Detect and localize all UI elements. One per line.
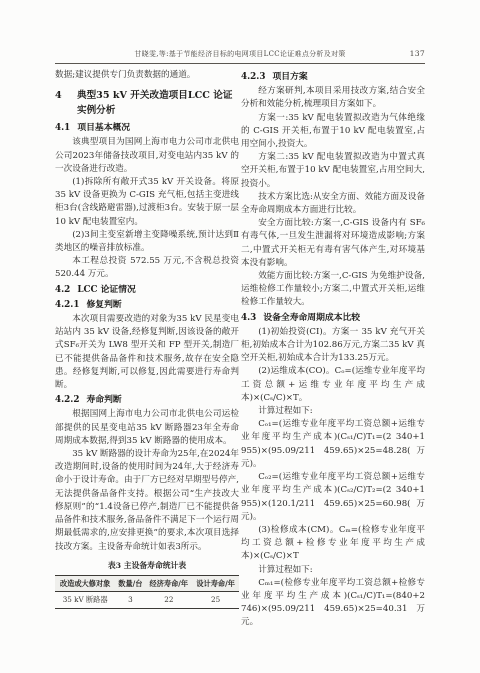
paragraph: 计算过程如下: — [241, 405, 425, 418]
table-header-cell: 设计寿命/年 — [192, 575, 239, 591]
paragraph-formula: Cₒ₁=(运维专业年度平均工资总额+运维专业年度平均生产成本)(Cₛ₁/C)T₁… — [241, 418, 425, 471]
table-header-cell: 经济寿命/年 — [145, 575, 192, 591]
table-cell: 35 kV 断路器 — [55, 591, 115, 608]
page-number: 137 — [410, 49, 425, 58]
paragraph: 35 kV 断路器的设计寿命为25年,在2024年改造期间时,设备的使用时间为2… — [55, 448, 239, 554]
section-number: 4.2.2 — [55, 395, 80, 405]
section-heading-4-2-3: 4.2.3项目方案 — [241, 71, 425, 84]
paragraph-formula: Cₒ₂=(运维专业年度平均工资总额+运维专业年度平均生产成本)(Cₛ₂/C)T₂… — [241, 471, 425, 524]
section-title: LCC 论证情况 — [77, 285, 135, 295]
header-rule — [55, 63, 425, 64]
paragraph: (1)拆除所有敞开式35 kV 开关设备。将原35 kV 设备更换为 C-GIS… — [55, 176, 239, 229]
paragraph: (2)3间主变室新增主变降噪系统,预计达到Ⅱ类地区的噪音排放标准。 — [55, 229, 239, 255]
section-number: 4 — [55, 88, 77, 118]
section-number: 4.2.3 — [241, 72, 266, 82]
paragraph-formula: (3)检修成本(CM)。Cₘ=(检修专业年度平均工资总额+检修专业年度平均生产成… — [241, 524, 425, 564]
section-title: 项目方案 — [273, 72, 308, 82]
paragraph: 本工程总投资 572.55 万元,不含税总投资520.44 万元。 — [55, 255, 239, 281]
paragraph-formula: Cₘ₁=(检修专业年度平均工资总额+检修专业年度平均生产成本)(Cₛ₁/C)T₁… — [241, 577, 425, 630]
running-head: 甘晓雯,等:基于节能经济目标的电网项目LCC论证难点分析及对策 137 — [55, 49, 425, 61]
paragraph: 计算过程如下: — [241, 564, 425, 577]
section-heading-4-2-1: 4.2.1修复判断 — [55, 299, 239, 312]
paragraph: 根据国网上海市电力公司市北供电公司运检部提供的民星变电站35 kV 断路器23年… — [55, 408, 239, 448]
section-number: 4.2 — [55, 285, 70, 295]
paragraph: 安全方面比较:方案一,C-GIS 设备内有 SF₆ 有毒气体,一旦发生泄漏将对环… — [241, 217, 425, 270]
running-title: 甘晓雯,等:基于节能经济目标的电网项目LCC论证难点分析及对策 — [55, 49, 425, 59]
paragraph: 经方案研判,本项目采用技改方案,结合安全分析和效能分析,梳理项目方案如下。 — [241, 85, 425, 111]
table-cell: 3 — [115, 591, 145, 608]
section-title: 典型35 kV 开关改造项目LCC 论证实例分析 — [77, 88, 239, 118]
paragraph: 技术方案比选:从安全方面、效能方面及设备全寿命周期成本方面进行比较。 — [241, 191, 425, 217]
paragraph: 方案二:35 kV 配电装置拟改造为中置式真空开关柜,布置于10 kV 配电装置… — [241, 151, 425, 191]
section-title: 设备全寿命周期成本比较 — [263, 313, 360, 323]
section-title: 寿命判断 — [87, 395, 122, 405]
section-number: 4.1 — [55, 123, 70, 133]
section-number: 4.2.1 — [55, 300, 80, 310]
paragraph: 效能方面比较:方案一,C-GIS 为免维护设备,运维检修工作量较小;方案二,中置… — [241, 270, 425, 310]
table-cell: 25 — [192, 591, 239, 608]
table-row: 35 kV 断路器 3 22 25 — [55, 591, 239, 608]
section-heading-4-2: 4.2LCC 论证情况 — [55, 284, 239, 297]
table-header-row: 改造或大修对象 数量/台 经济寿命/年 设计寿命/年 — [55, 575, 239, 591]
table-cell: 22 — [145, 591, 192, 608]
table-3: 改造或大修对象 数量/台 经济寿命/年 设计寿命/年 35 kV 断路器 3 2… — [55, 575, 239, 609]
section-heading-4: 4 典型35 kV 开关改造项目LCC 论证实例分析 — [55, 88, 239, 118]
paragraph: 该典型项目为国网上海市电力公司市北供电公司2023年储备技改项目,对变电站内35… — [55, 136, 239, 176]
section-number: 4.3 — [241, 313, 256, 323]
paragraph: 方案一:35 kV 配电装置拟改造为气体绝缘的 C-GIS 开关柜,布置于10 … — [241, 112, 425, 152]
table-header-cell: 数量/台 — [115, 575, 145, 591]
paper-page: 甘晓雯,等:基于节能经济目标的电网项目LCC论证难点分析及对策 137 数据;建… — [0, 0, 480, 673]
table-header-cell: 改造或大修对象 — [55, 575, 115, 591]
paragraph: (1)初始投资(CI)。方案一 35 kV 充气开关柜,初始成本合计为102.8… — [241, 326, 425, 366]
table-title: 表3 主设备寿命统计表 — [55, 559, 239, 572]
section-title: 修复判断 — [87, 300, 122, 310]
section-heading-4-2-2: 4.2.2寿命判断 — [55, 394, 239, 407]
paragraph-formula: (2)运维成本(CO)。Cₒ=(运维专业年度平均工资总额+运维专业年度平均生产成… — [241, 365, 425, 405]
left-column: 数据;建议提供专门负责数据的通道。 4 典型35 kV 开关改造项目LCC 论证… — [55, 69, 239, 609]
right-column: 4.2.3项目方案 经方案研判,本项目采用技改方案,结合安全分析和效能分析,梳理… — [241, 69, 425, 630]
section-title: 项目基本概况 — [77, 123, 130, 133]
paragraph: 本次项目需要改造的对象为35 kV 民星变电站站内 35 kV 设备,经修复判断… — [55, 313, 239, 392]
section-heading-4-3: 4.3设备全寿命周期成本比较 — [241, 312, 425, 325]
paragraph-continuation: 数据;建议提供专门负责数据的通道。 — [55, 69, 239, 82]
section-heading-4-1: 4.1项目基本概况 — [55, 122, 239, 135]
